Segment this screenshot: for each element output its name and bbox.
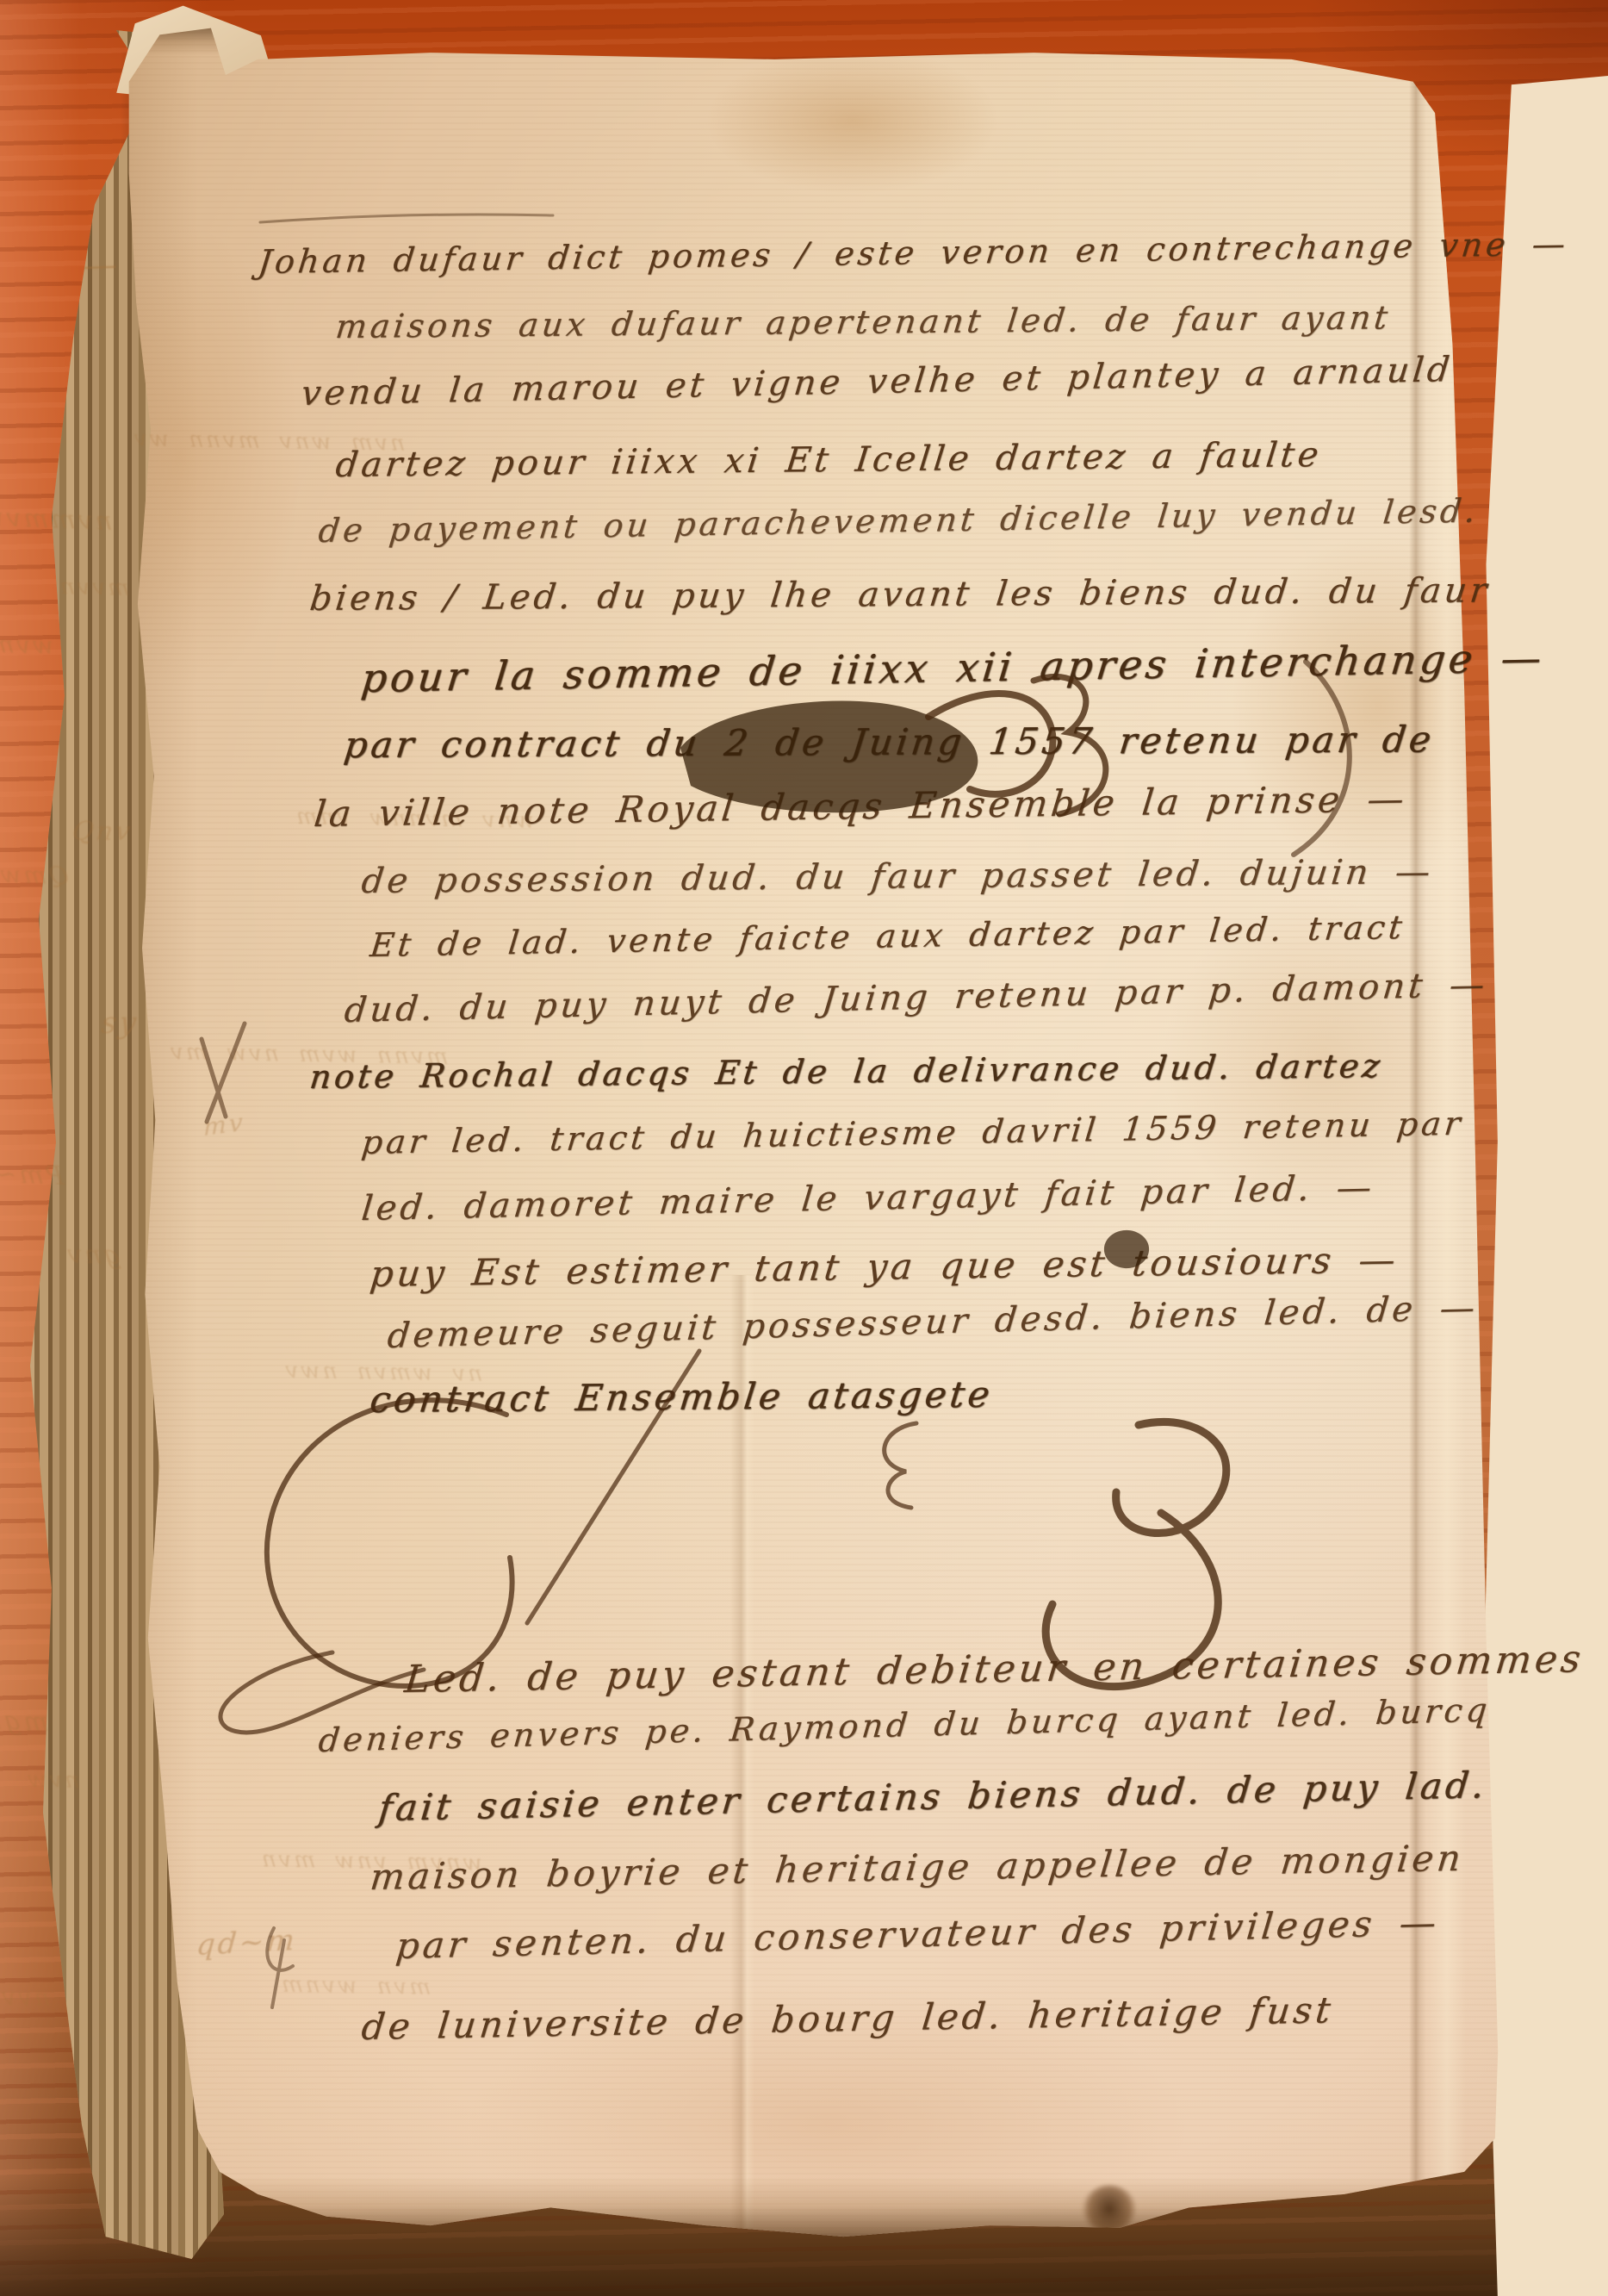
showthrough-mark: Qmw nvm <box>0 859 71 890</box>
showthrough-mark: mvn wvnm <box>277 1972 431 2000</box>
manuscript-line: contract Ensemble atasgete <box>368 1373 995 1421</box>
showthrough-mark: Qnv <box>71 817 134 847</box>
showthrough-mark: mv <box>203 1107 245 1141</box>
showthrough-mark: nvw <box>24 1767 81 1794</box>
showthrough-mark: Pm~ <box>0 1159 65 1192</box>
showthrough-mark: nvvm~ <box>0 1982 52 2012</box>
showthrough-mark: sy <box>100 1006 141 1041</box>
showthrough-mark: — <box>81 246 121 286</box>
showthrough-mark: nvmmvw~ <box>0 501 114 537</box>
showthrough-mark: mvvn <box>56 575 130 601</box>
manuscript-photo: —nvmmvw~mvvnwvm~ nvm wvnnQnvQmw nvmsymvP… <box>0 0 1608 2296</box>
showthrough-mark: mgmv <box>0 1704 50 1738</box>
showthrough-mark: qd~m <box>196 1923 299 1963</box>
showthrough-mark: gnv <box>64 1240 122 1271</box>
manuscript-line: biens / Led. du puy lhe avant les biens … <box>307 570 1492 619</box>
manuscript-line: par contract du 2 de Juing 1557 retenu p… <box>342 718 1437 766</box>
